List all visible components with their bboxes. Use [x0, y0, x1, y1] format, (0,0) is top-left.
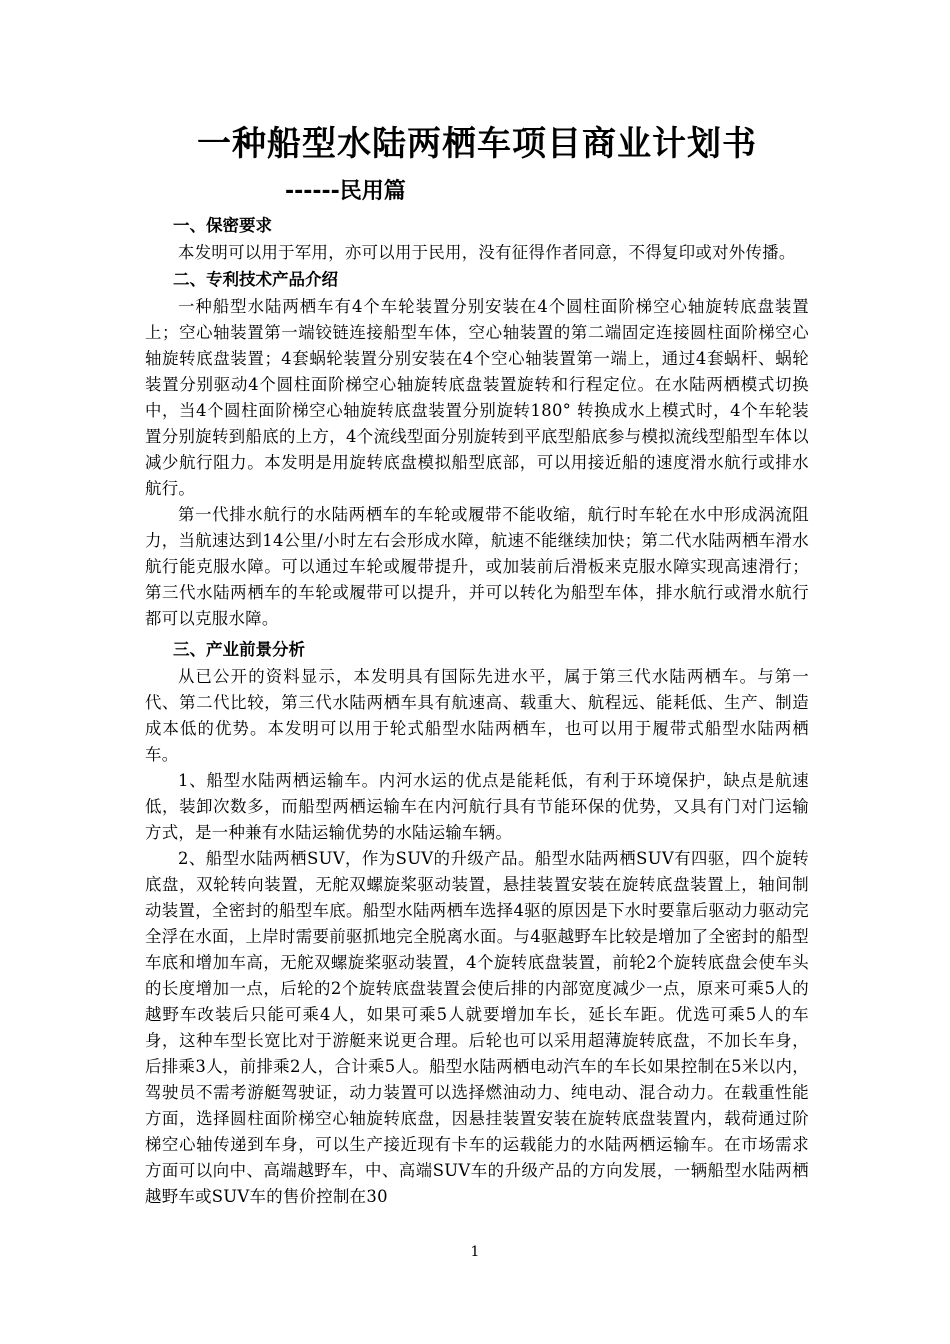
document-page: 一种船型水陆两栖车项目商业计划书 ------民用篇 一、保密要求 本发明可以用…	[145, 118, 809, 1210]
section-heading-confidentiality: 一、保密要求	[145, 212, 809, 240]
section-heading-product-intro: 二、专利技术产品介绍	[145, 266, 809, 294]
section-heading-industry-outlook: 三、产业前景分析	[145, 636, 809, 664]
paragraph: 1、船型水陆两栖运输车。内河水运的优点是能耗低，有利于环境保护，缺点是航速低，装…	[145, 768, 809, 846]
paragraph: 一种船型水陆两栖车有4个车轮装置分别安装在4个圆柱面阶梯空心轴旋转底盘装置上；空…	[145, 294, 809, 502]
document-subtitle: ------民用篇	[145, 174, 809, 210]
paragraph: 2、船型水陆两栖SUV，作为SUV的升级产品。船型水陆两栖SUV有四驱，四个旋转…	[145, 846, 809, 1210]
document-title: 一种船型水陆两栖车项目商业计划书	[145, 118, 809, 170]
paragraph: 本发明可以用于军用，亦可以用于民用，没有征得作者同意，不得复印或对外传播。	[145, 240, 809, 266]
paragraph: 从已公开的资料显示，本发明具有国际先进水平，属于第三代水陆两栖车。与第一代、第二…	[145, 664, 809, 768]
page-number: 1	[0, 1244, 950, 1260]
paragraph: 第一代排水航行的水陆两栖车的车轮或履带不能收缩，航行时车轮在水中形成涡流阻力，当…	[145, 502, 809, 632]
